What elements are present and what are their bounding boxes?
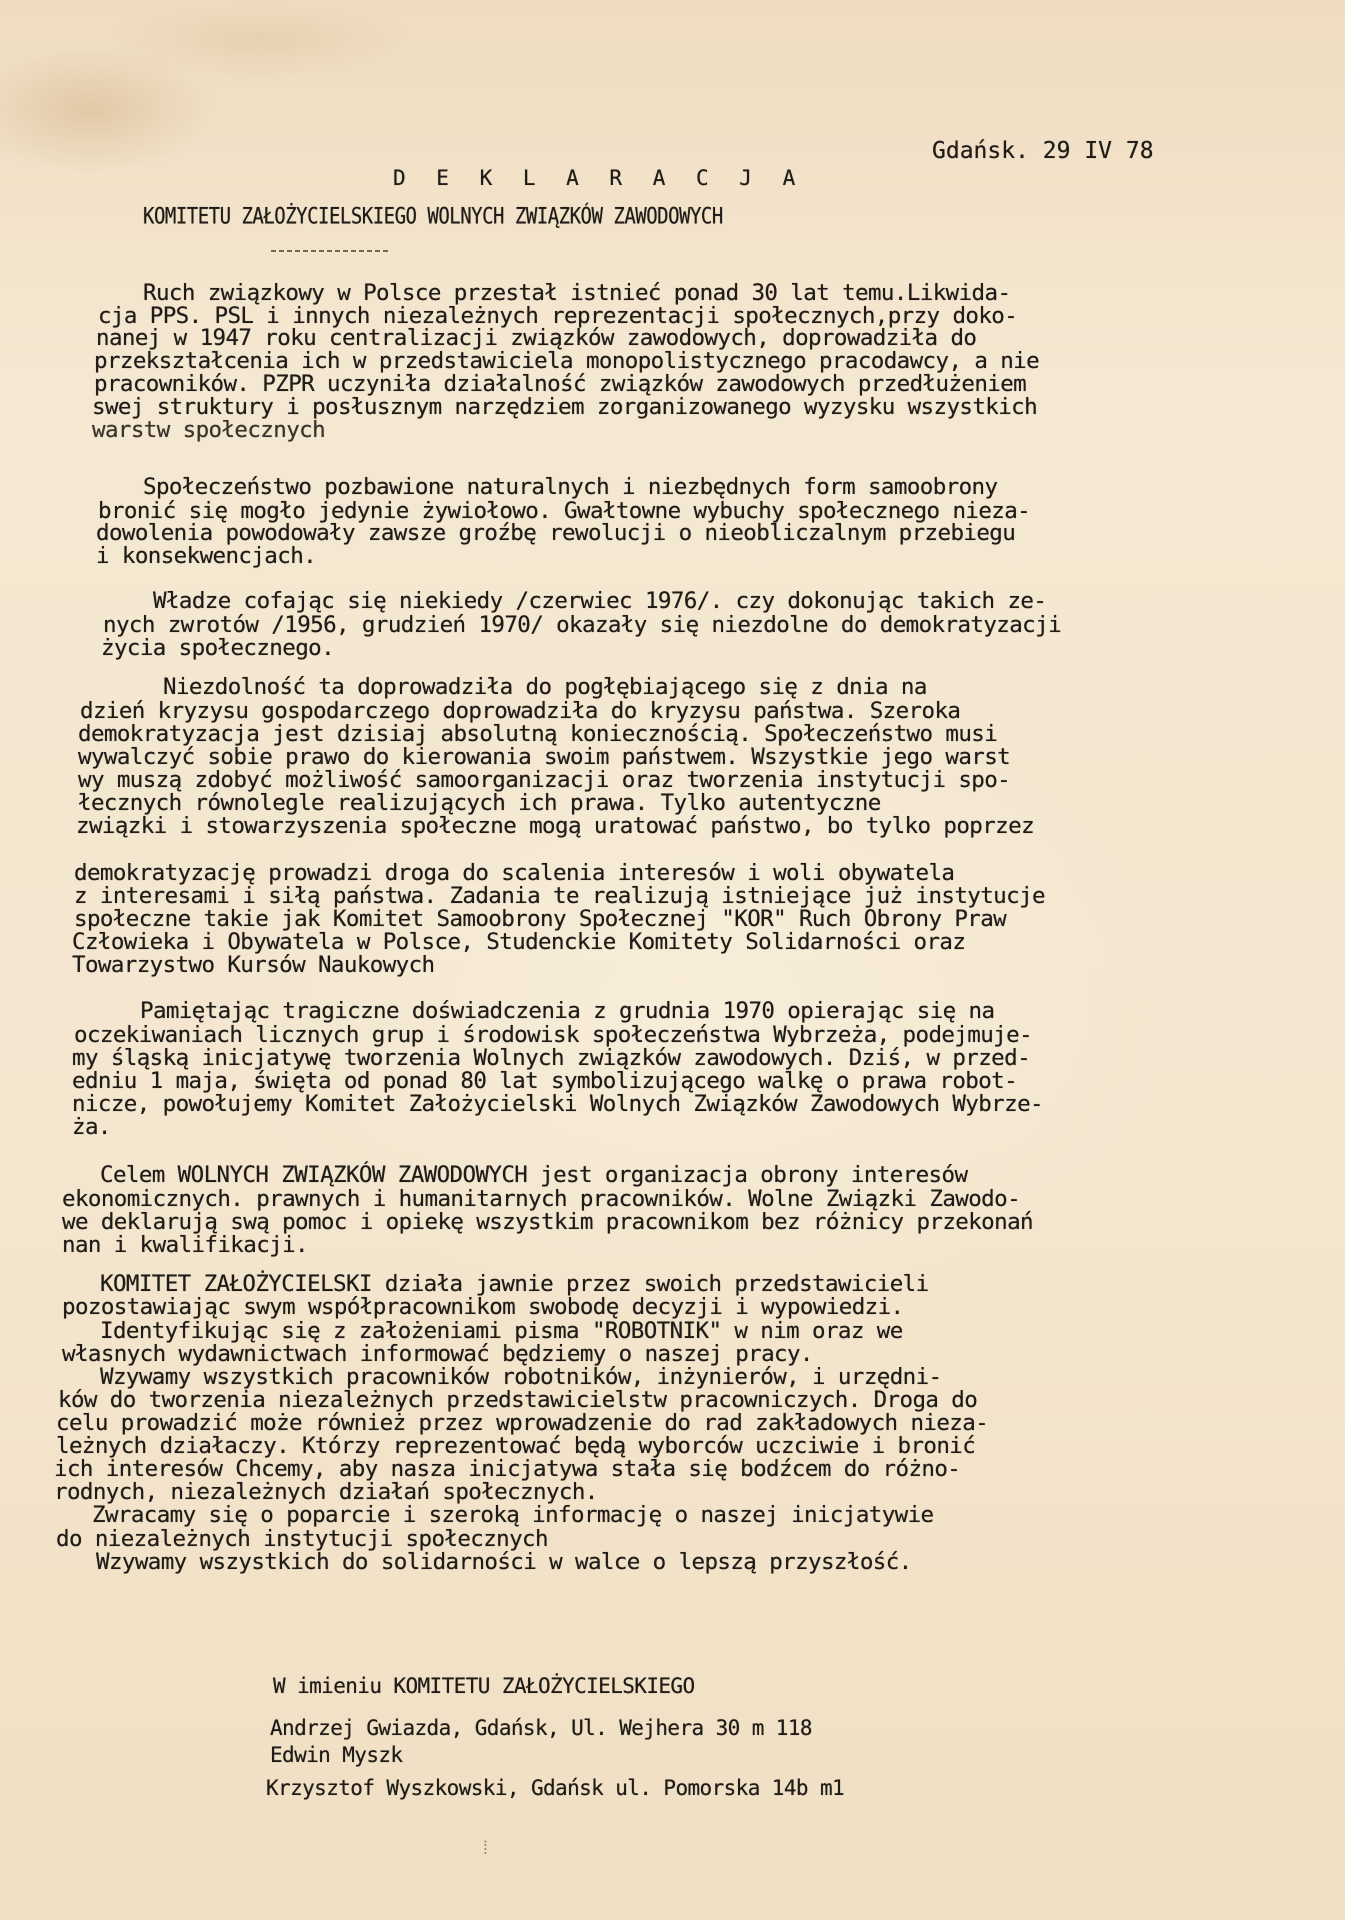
- body-line: Towarzystwo Kursów Naukowych: [72, 954, 435, 977]
- body-line: KOMITET ZAŁOŻYCIELSKI działa jawnie prze…: [100, 1273, 929, 1296]
- body-line: dzień kryzysu gospodarczego doprowadziła…: [80, 700, 960, 723]
- body-line: pracowników. PZPR uczyniła działalność z…: [94, 373, 1026, 396]
- body-line: wy muszą zdobyć możliwość samoorganizacj…: [78, 769, 1010, 792]
- body-line: Niezdolność ta doprowadziła do pogłębiaj…: [163, 676, 927, 699]
- body-line: łecznych równolegle realizujących ich pr…: [78, 792, 881, 815]
- body-line: z interesami i siłą państwa. Zadania te …: [74, 885, 1045, 908]
- title-underline: [271, 250, 389, 252]
- body-line: demokratyzację prowadzi droga do scaleni…: [74, 862, 954, 885]
- body-line: Władze cofając się niekiedy /czerwiec 19…: [153, 590, 1046, 613]
- body-line: ków do tworzenia niezależnych przedstawi…: [58, 1389, 977, 1412]
- body-line: nan i kwalifikacji.: [62, 1234, 308, 1257]
- body-line: przekształcenia ich w przedstawiciela mo…: [94, 350, 1039, 373]
- body-line: celu prowadzić może również przez wprowa…: [56, 1412, 988, 1435]
- body-line: i konsekwencjach.: [96, 545, 316, 568]
- body-line: związki i stowarzyszenia społeczne mogą …: [76, 815, 1034, 838]
- body-line: nicze, powołujemy Komitet Założycielski …: [72, 1093, 1043, 1116]
- body-line: Identyfikując się z założeniami pisma "R…: [100, 1320, 903, 1343]
- body-line: edniu 1 maja, święta od ponad 80 lat sym…: [72, 1070, 1017, 1093]
- body-line: Pamiętając tragiczne doświadczenia z gru…: [140, 1000, 994, 1023]
- body-line: rodnych, niezależnych działań społecznyc…: [54, 1481, 598, 1504]
- body-line: Ruch związkowy w Polsce przestał istnieć…: [143, 282, 1010, 305]
- body-line: we deklarują swą pomoc i opiekę wszystki…: [62, 1211, 1033, 1234]
- signature-heading: W imieniu KOMITETU ZAŁOŻYCIELSKIEGO: [273, 1676, 695, 1697]
- body-line: warstw społecznych: [92, 419, 325, 442]
- body-line: ekonomicznych. prawnych i humanitarnych …: [62, 1188, 1020, 1211]
- body-line: dowolenia powodowały zawsze groźbę rewol…: [96, 522, 1015, 545]
- body-line: Wzywamy wszystkich do solidarności w wal…: [96, 1551, 912, 1574]
- body-line: nanej w 1947 roku centralizacji związków…: [96, 327, 976, 350]
- body-line: Wzywamy wszystkich pracowników robotnikó…: [100, 1366, 942, 1389]
- body-line: leżnych działaczy. Którzy reprezentować …: [56, 1435, 975, 1458]
- signatory: Edwin Myszk: [270, 1745, 402, 1766]
- body-line: Społeczeństwo pozbawione naturalnych i n…: [143, 476, 997, 499]
- body-line: ich interesów Chcemy, aby nasza inicjaty…: [54, 1458, 960, 1481]
- body-line: nych zwrotów /1956, grudzień 1970/ okaza…: [103, 614, 1061, 637]
- body-line: swej struktury i posłusznym narzędziem z…: [92, 396, 1037, 419]
- body-line: my śląską inicjatywę tworzenia Wolnych z…: [72, 1047, 1030, 1070]
- body-line: demokratyzacja jest dzisiaj absolutną ko…: [78, 723, 997, 746]
- body-line: życia społecznego.: [101, 637, 334, 660]
- body-line: Celem WOLNYCH ZWIĄZKÓW ZAWODOWYCH jest o…: [100, 1164, 967, 1187]
- body-line: własnych wydawnictwach informować będzie…: [62, 1343, 813, 1366]
- handwritten-mark: ⁞: [480, 1838, 520, 1878]
- body-line: pozostawiając swym współpracownikom swob…: [62, 1296, 904, 1319]
- signatory: Andrzej Gwiazda, Gdańsk, Ul. Wejhera 30 …: [270, 1718, 812, 1739]
- signatory: Krzysztof Wyszkowski, Gdańsk ul. Pomorsk…: [266, 1778, 844, 1799]
- body-line: do niezależnych instytucji społecznych: [56, 1528, 548, 1551]
- document-title: D E K L A R A C J A: [393, 168, 804, 189]
- body-line: Człowieka i Obywatela w Polsce, Studenck…: [72, 931, 965, 954]
- body-line: społeczne takie jak Komitet Samoobrony S…: [74, 908, 1006, 931]
- body-line: Zwracamy się o poparcie i szeroką inform…: [92, 1504, 934, 1527]
- body-line: ża.: [72, 1116, 111, 1139]
- body-line: oczekiwaniach licznych grup i środowisk …: [74, 1024, 1032, 1047]
- document-page: Gdańsk. 29 IV 78 D E K L A R A C J A KOM…: [0, 0, 1345, 1920]
- place-date: Gdańsk. 29 IV 78: [932, 140, 1154, 163]
- document-subtitle: KOMITETU ZAŁOŻYCIELSKIEGO WOLNYCH ZWIĄZK…: [143, 206, 723, 228]
- body-line: wywalczyć sobie prawo do kierowania swoi…: [78, 746, 1010, 769]
